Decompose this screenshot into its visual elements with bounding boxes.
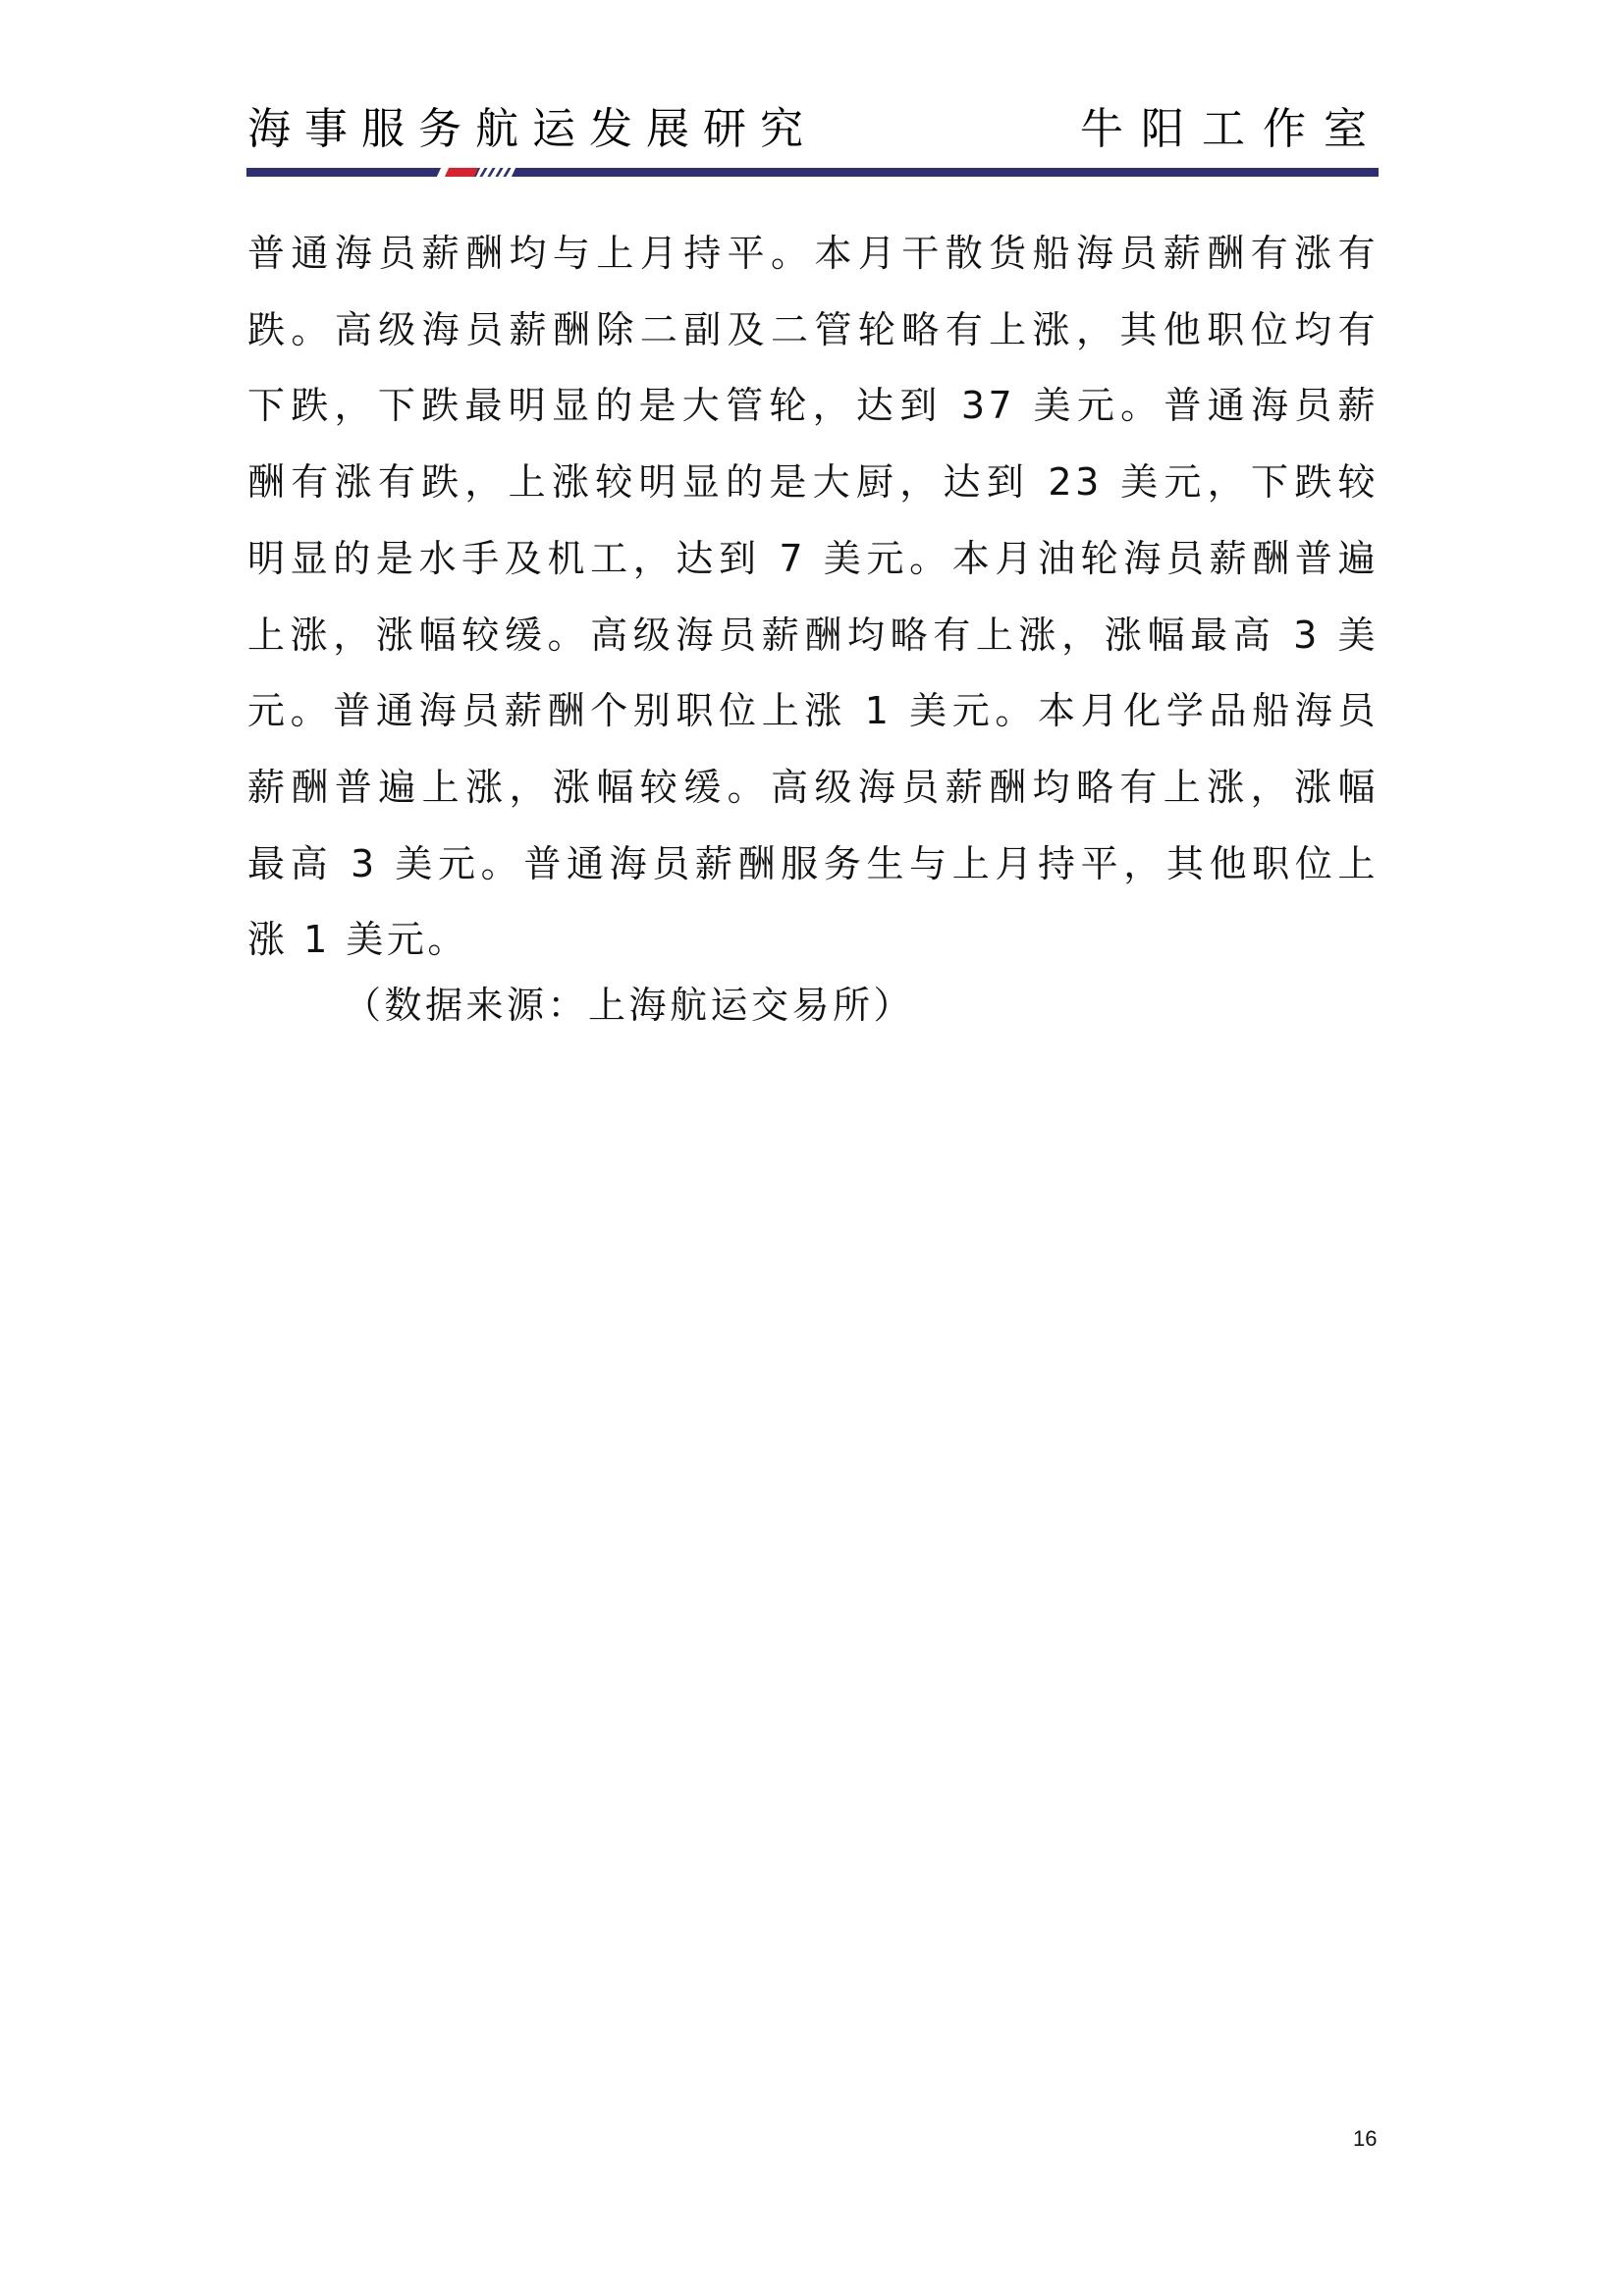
page-number: 16 — [1353, 2124, 1377, 2154]
header-rule-accent — [246, 168, 1379, 177]
body-paragraph: 普通海员薪酬均与上月持平。本月干散货船海员薪酬有涨有 跌。高级海员薪酬除二副及二… — [247, 216, 1379, 979]
header-divider-rule — [246, 168, 1379, 177]
body-line: 元。普通海员薪酬个别职位上涨 1 美元。本月化学品船海员 — [247, 673, 1379, 750]
body-line: 跌。高级海员薪酬除二副及二管轮略有上涨，其他职位均有 — [247, 293, 1379, 369]
body-line: 薪酬普遍上涨，涨幅较缓。高级海员薪酬均略有上涨，涨幅 — [247, 750, 1379, 827]
rule-accent-red-bar — [445, 168, 478, 177]
page-header: 海事服务航运发展研究 牛阳工作室 — [247, 102, 1379, 157]
body-line: 酬有涨有跌，上涨较明显的是大厨，达到 23 美元，下跌较 — [247, 445, 1379, 521]
body-line: 最高 3 美元。普通海员薪酬服务生与上月持平，其他职位上 — [247, 827, 1379, 903]
body-line: 普通海员薪酬均与上月持平。本月干散货船海员薪酬有涨有 — [247, 216, 1379, 293]
body-line: 涨 1 美元。 — [247, 902, 1379, 979]
header-studio-name: 牛阳工作室 — [1080, 102, 1384, 157]
header-publication-title: 海事服务航运发展研究 — [247, 102, 817, 157]
body-line: 明显的是水手及机工，达到 7 美元。本月油轮海员薪酬普遍 — [247, 521, 1379, 598]
body-line: 上涨，涨幅较缓。高级海员薪酬均略有上涨，涨幅最高 3 美 — [247, 598, 1379, 674]
body-line: 下跌，下跌最明显的是大管轮，达到 37 美元。普通海员薪 — [247, 368, 1379, 445]
data-source-note: （数据来源：上海航运交易所） — [344, 976, 914, 1035]
